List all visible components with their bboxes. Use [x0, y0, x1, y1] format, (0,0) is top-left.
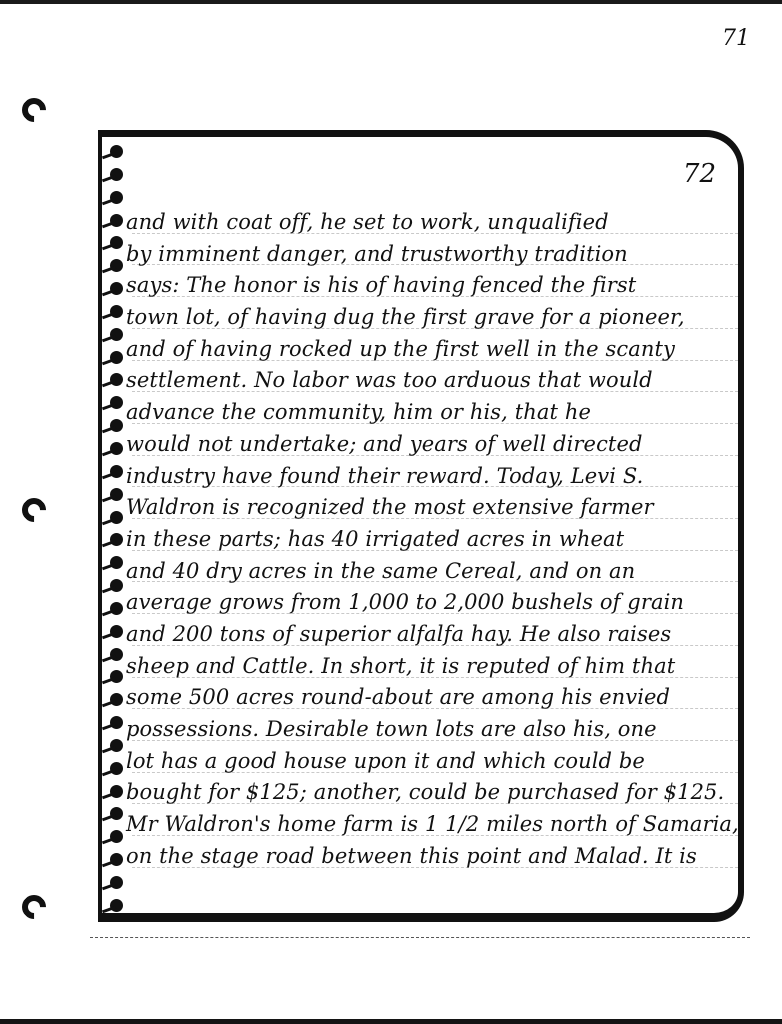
text-line: industry have found their reward. Today,… [126, 461, 732, 493]
page-underline [90, 937, 750, 938]
text-line: average grows from 1,000 to 2,000 bushel… [126, 587, 732, 619]
text-line: possessions. Desirable town lots are als… [126, 714, 732, 746]
spiral-loop [102, 533, 124, 547]
text-line: on the stage road between this point and… [126, 841, 732, 873]
spiral-loop [102, 739, 124, 753]
spiral-loop [102, 396, 124, 410]
scan-bottom-edge [0, 1019, 782, 1024]
scan-top-edge [0, 0, 782, 4]
text-line: bought for $125; another, could be purch… [126, 777, 732, 809]
text-line: advance the community, him or his, that … [126, 397, 732, 429]
text-line: settlement. No labor was too arduous tha… [126, 365, 732, 397]
spiral-loop [102, 168, 124, 182]
punch-hole-icon [17, 890, 51, 924]
text-line: some 500 acres round-about are among his… [126, 682, 732, 714]
text-line: and with coat off, he set to work, unqua… [126, 207, 732, 239]
spiral-loop [102, 236, 124, 250]
text-line: lot has a good house upon it and which c… [126, 746, 732, 778]
spiral-loop [102, 488, 124, 502]
spiral-loop [102, 373, 124, 387]
text-line: sheep and Cattle. In short, it is repute… [126, 651, 732, 683]
spiral-loop [102, 511, 124, 525]
spiral-loop [102, 876, 124, 890]
spiral-loop [102, 259, 124, 273]
spiral-loop [102, 785, 124, 799]
spiral-loop [102, 602, 124, 616]
spiral-loop [102, 716, 124, 730]
text-line: in these parts; has 40 irrigated acres i… [126, 524, 732, 556]
punch-hole-icon [17, 493, 51, 527]
spiral-loop [102, 579, 124, 593]
text-line: would not undertake; and years of well d… [126, 429, 732, 461]
spiral-loop [102, 762, 124, 776]
text-line: and of having rocked up the first well i… [126, 334, 732, 366]
spiral-loop [102, 830, 124, 844]
spiral-loop [102, 670, 124, 684]
spiral-loop [102, 625, 124, 639]
text-line: by imminent danger, and trustworthy trad… [126, 239, 732, 271]
punch-hole-icon [17, 93, 51, 127]
handwritten-text: and with coat off, he set to work, unqua… [126, 207, 732, 872]
spiral-loop [102, 145, 124, 159]
spiral-loop [102, 465, 124, 479]
spiral-loop [102, 214, 124, 228]
spiral-loop [102, 305, 124, 319]
spiral-loop [102, 899, 124, 913]
text-line: says: The honor is his of having fenced … [126, 270, 732, 302]
text-line: and 40 dry acres in the same Cereal, and… [126, 556, 732, 588]
text-line: town lot, of having dug the first grave … [126, 302, 732, 334]
text-line: Mr Waldron's home farm is 1 1/2 miles no… [126, 809, 732, 841]
outer-page-number: 71 [722, 26, 750, 51]
spiral-loop [102, 351, 124, 365]
inner-page-number: 72 [683, 159, 716, 189]
spiral-loop [102, 282, 124, 296]
spiral-loop [102, 693, 124, 707]
spiral-loop [102, 807, 124, 821]
spiral-loop [102, 419, 124, 433]
text-line: and 200 tons of superior alfalfa hay. He… [126, 619, 732, 651]
spiral-loop [102, 853, 124, 867]
notebook-page: 72 and with coat off, he set to work, un… [98, 130, 744, 922]
spiral-loop [102, 328, 124, 342]
spiral-loop [102, 442, 124, 456]
spiral-loop [102, 191, 124, 205]
text-line: Waldron is recognized the most extensive… [126, 492, 732, 524]
spiral-loop [102, 556, 124, 570]
spiral-loop [102, 648, 124, 662]
